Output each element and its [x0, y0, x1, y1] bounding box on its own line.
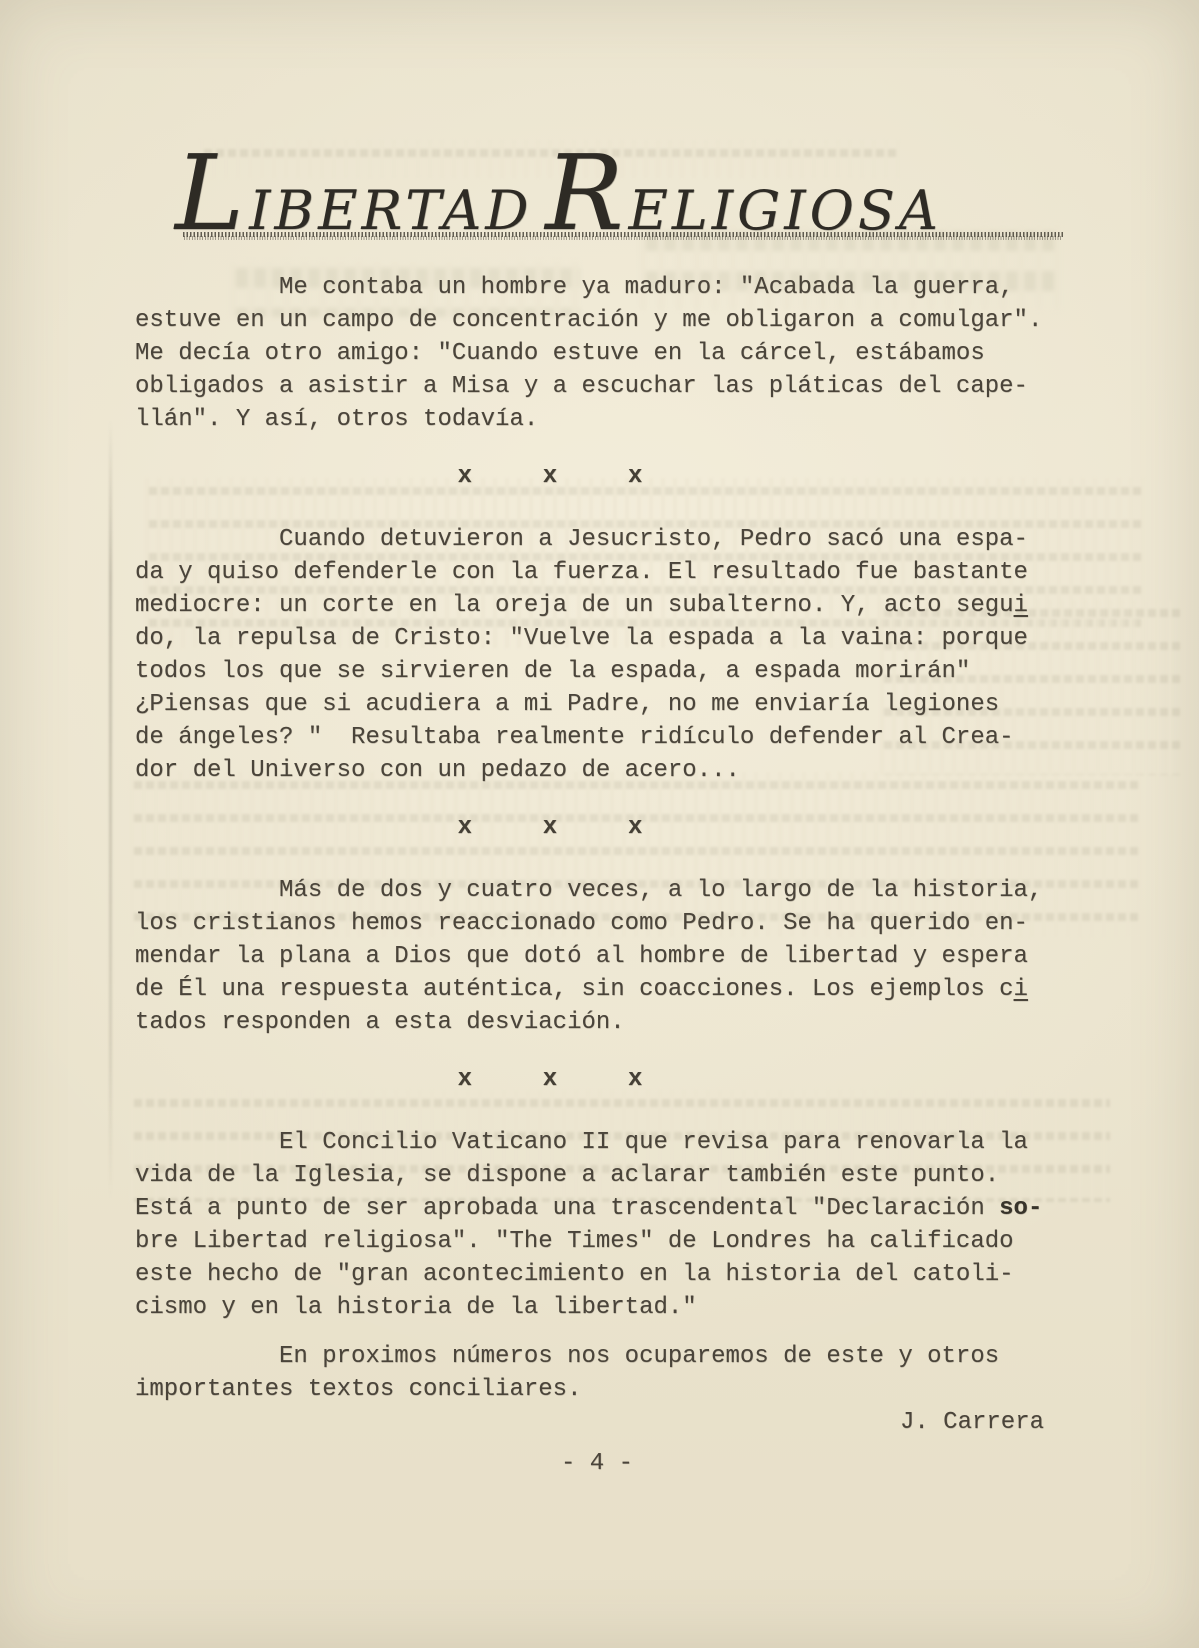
text-line: Cuando detuvieron a Jesucristo, Pedro sa…: [135, 523, 1099, 556]
text-line: llán". Y así, otros todavía.: [135, 403, 1099, 436]
text-line: obligados a asistir a Misa y a escuchar …: [135, 370, 1099, 403]
text-line: importantes textos conciliares.: [135, 1373, 1099, 1406]
signature: J. Carrera: [135, 1406, 1099, 1439]
paragraph: En proximos números nos ocuparemos de es…: [135, 1340, 1099, 1406]
document-content: LIBERTAD RELIGIOSA Me contaba un hombre …: [135, 118, 1099, 1480]
text-line: ¿Piensas que si acudiera a mi Padre, no …: [135, 688, 1099, 721]
text-line: bre Libertad religiosa". "The Times" de …: [135, 1225, 1099, 1258]
page-scan: LIBERTAD RELIGIOSA Me contaba un hombre …: [0, 0, 1199, 1648]
text-line: este hecho de "gran acontecimiento en la…: [135, 1258, 1099, 1291]
text-line: da y quiso defenderle con la fuerza. El …: [135, 556, 1099, 589]
document-body: Me contaba un hombre ya maduro: "Acabada…: [135, 271, 1099, 1406]
text-line: vida de la Iglesia, se dispone a aclarar…: [135, 1159, 1099, 1192]
text-line: mendar la plana a Dios que dotó al hombr…: [135, 940, 1099, 973]
section-separator: x x x: [75, 460, 1039, 493]
text-line: Está a punto de ser aprobada una trascen…: [135, 1192, 1099, 1225]
text-line: dor del Universo con un pedazo de acero.…: [135, 754, 1099, 787]
section-separator: x x x: [75, 1063, 1039, 1096]
text-line: estuve en un campo de concentración y me…: [135, 304, 1099, 337]
section-separator: x x x: [75, 811, 1039, 844]
text-line: El Concilio Vaticano II que revisa para …: [135, 1126, 1099, 1159]
text-line: En proximos números nos ocuparemos de es…: [135, 1340, 1099, 1373]
text-line: de ángeles? " Resultaba realmente ridícu…: [135, 721, 1099, 754]
paragraph: El Concilio Vaticano II que revisa para …: [135, 1126, 1099, 1324]
paragraph: Me contaba un hombre ya maduro: "Acabada…: [135, 271, 1099, 436]
page-number: - 4 -: [115, 1447, 1079, 1480]
text-line: do, la repulsa de Cristo: "Vuelve la esp…: [135, 622, 1099, 655]
text-line: todos los que se sirvieren de la espada,…: [135, 655, 1099, 688]
text-line: tados responden a esta desviación.: [135, 1006, 1099, 1039]
text-line: de Él una respuesta auténtica, sin coacc…: [135, 973, 1099, 1006]
text-line: los cristianos hemos reaccionado como Pe…: [135, 907, 1099, 940]
page-title: LIBERTAD RELIGIOSA: [175, 118, 1099, 268]
text-line: Me contaba un hombre ya maduro: "Acabada…: [135, 271, 1099, 304]
text-line: cismo y en la historia de la libertad.": [135, 1291, 1099, 1324]
text-line: Me decía otro amigo: "Cuando estuve en l…: [135, 337, 1099, 370]
paragraph: Más de dos y cuatro veces, a lo largo de…: [135, 874, 1099, 1039]
text-line: Más de dos y cuatro veces, a lo largo de…: [135, 874, 1099, 907]
text-line: mediocre: un corte en la oreja de un sub…: [135, 589, 1099, 622]
paragraph: Cuando detuvieron a Jesucristo, Pedro sa…: [135, 523, 1099, 787]
